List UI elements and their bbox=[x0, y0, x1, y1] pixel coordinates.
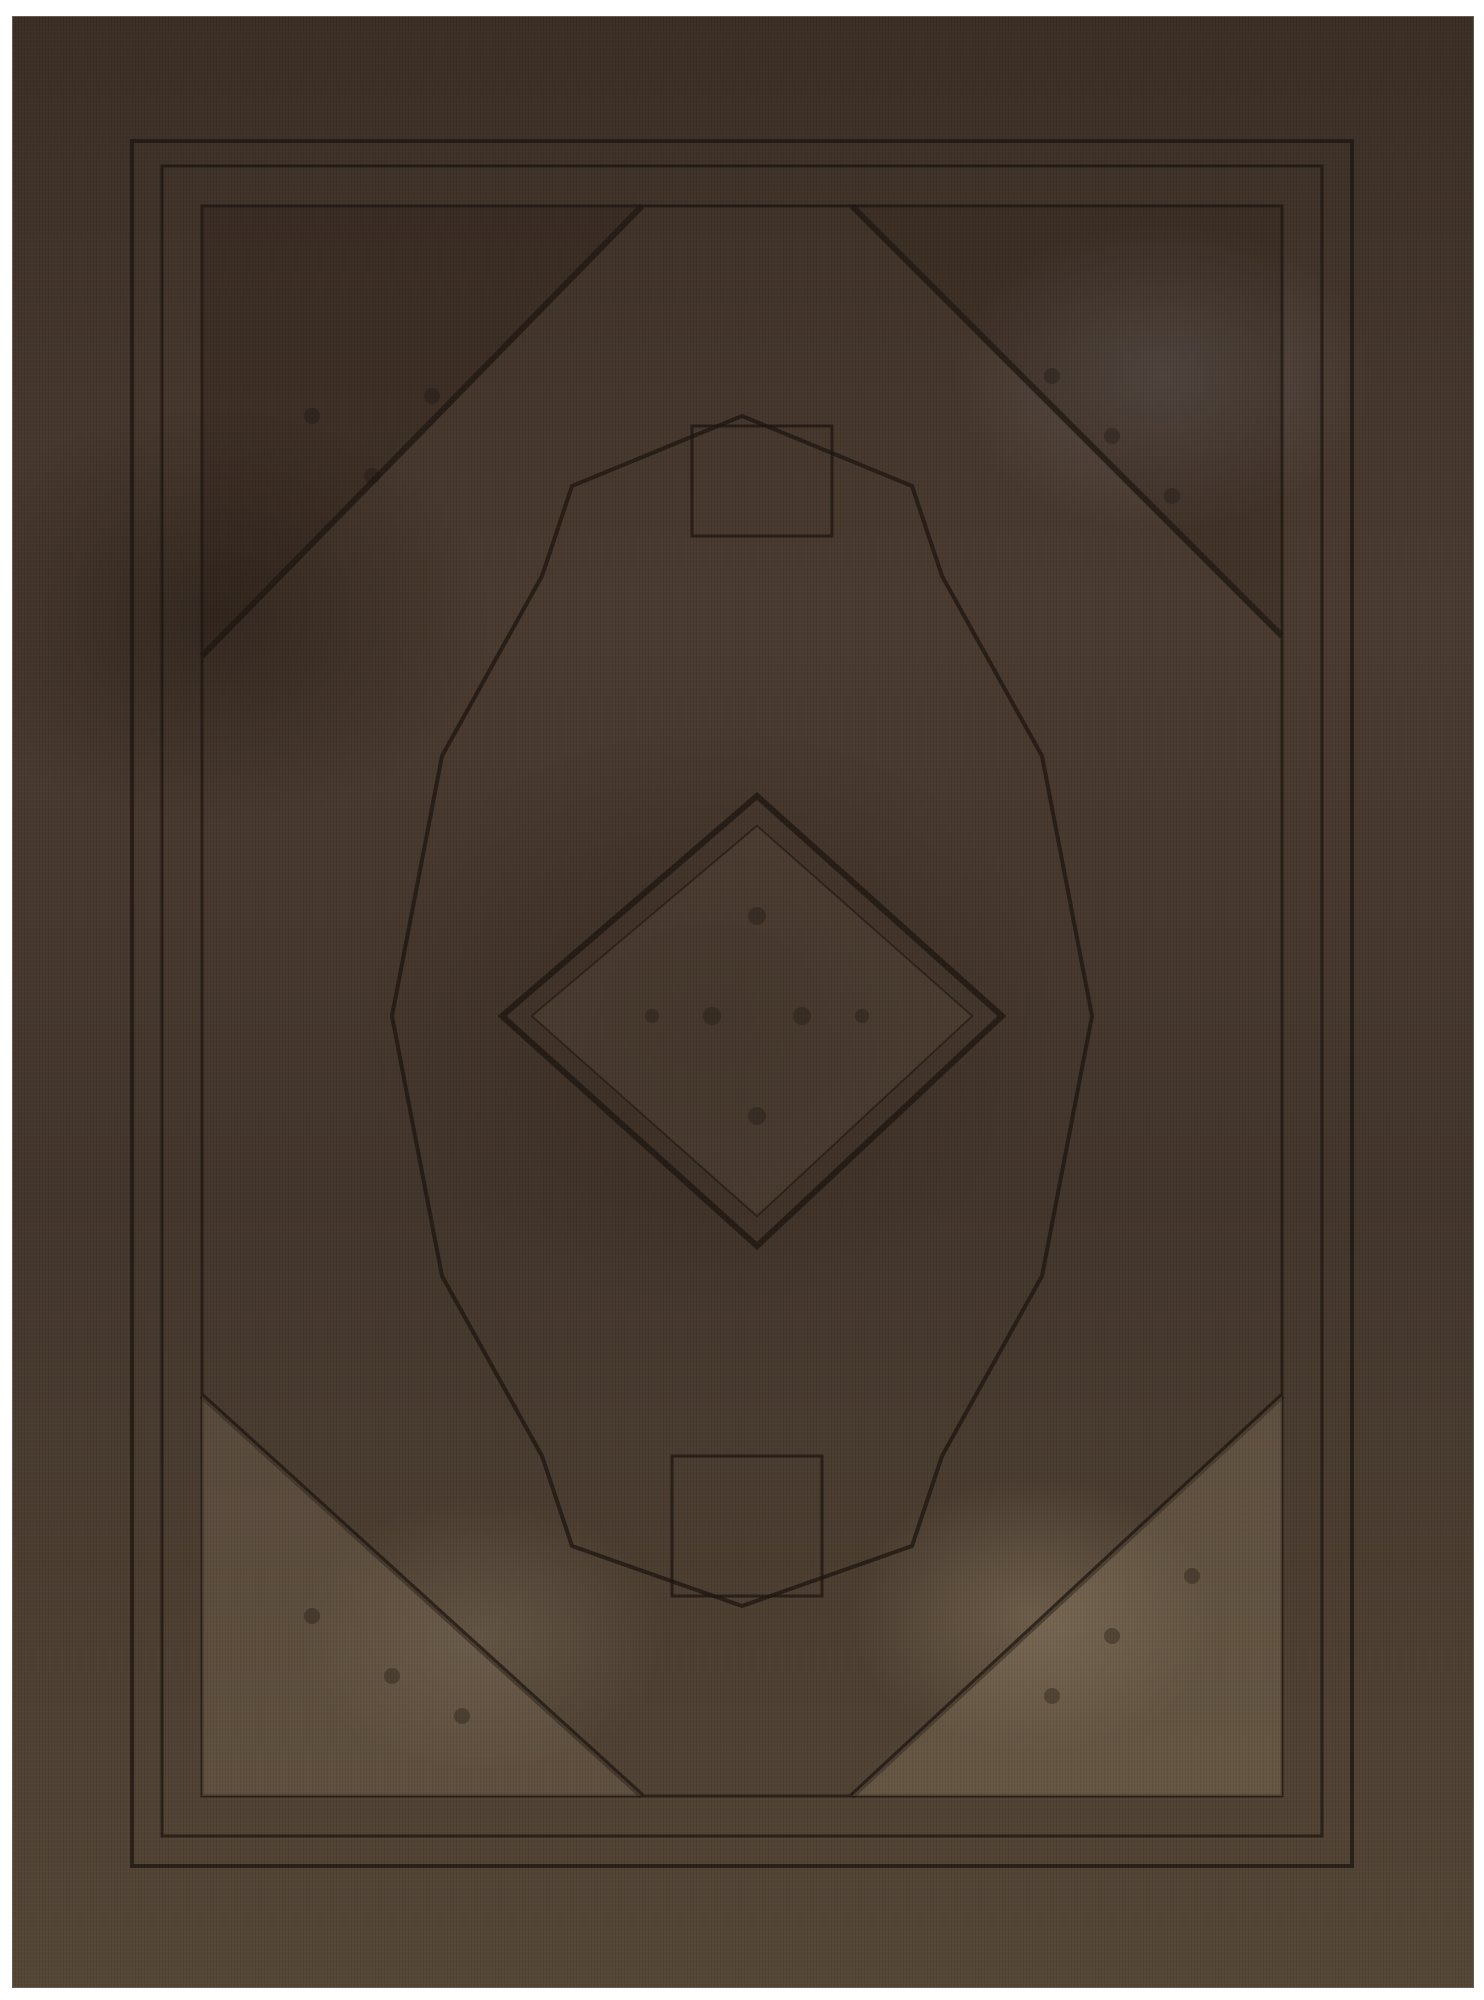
rug-photo bbox=[12, 16, 1474, 1988]
texture-overlay bbox=[12, 16, 1474, 1988]
